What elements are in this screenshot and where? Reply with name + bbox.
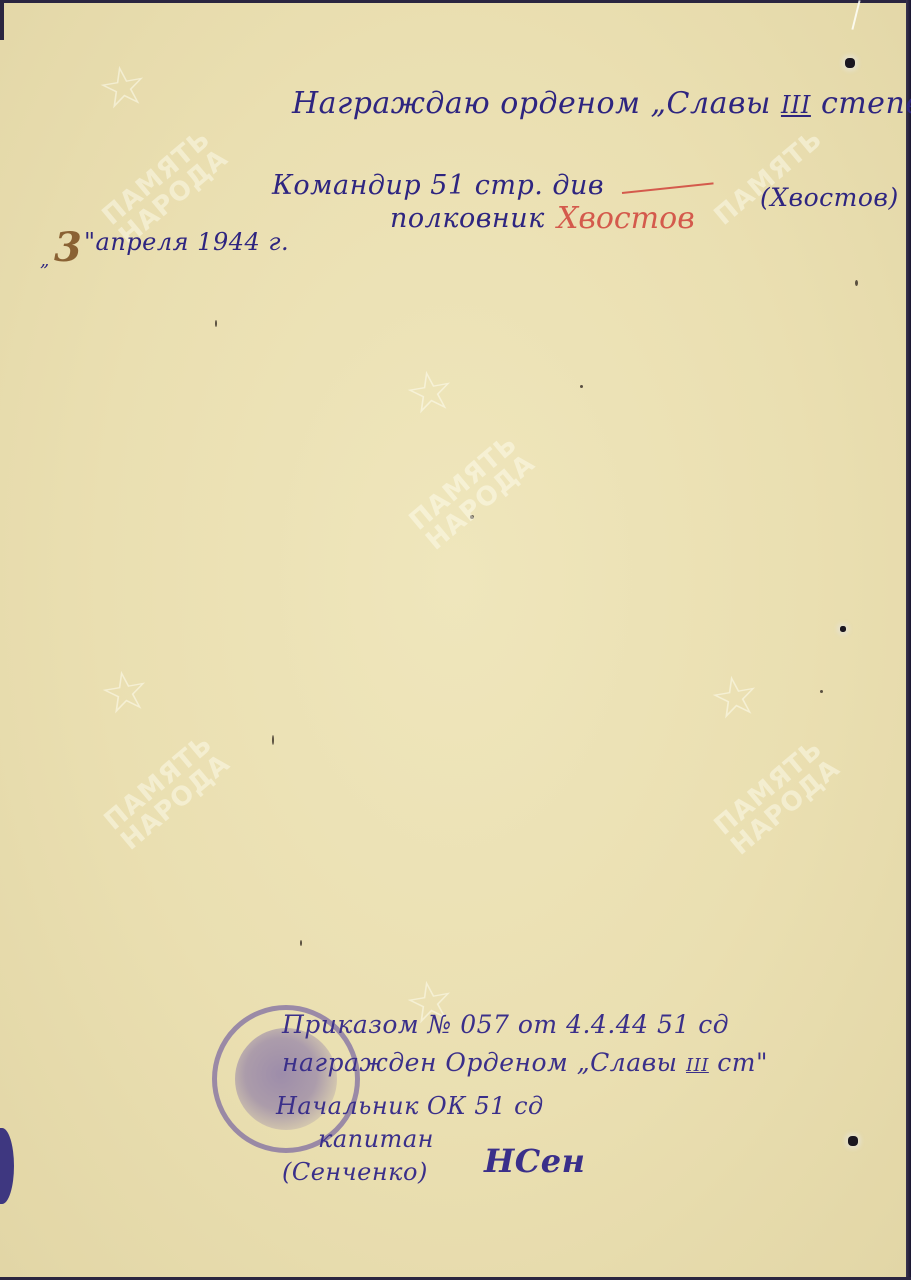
scan-edge-left: [0, 0, 4, 40]
order-note-line1: Приказом № 057 от 4.4.44 51 сд: [282, 1010, 729, 1039]
commander-signature: Хвостов: [557, 201, 695, 236]
date-month-year: "апреля 1944 г.: [84, 228, 289, 256]
watermark: ☆ ПАМЯТЬНАРОДА: [88, 60, 278, 250]
watermark-text: ПАМЯТЬ: [709, 734, 829, 841]
resolution-text: Награждаю орденом „Славы: [292, 86, 771, 121]
commander-rank: полковник: [390, 203, 545, 234]
resolution-text-end: степени": [821, 86, 911, 121]
paper-speck: [470, 515, 474, 519]
commander-name: (Хвостов): [760, 183, 899, 212]
star-icon: ☆: [706, 666, 765, 730]
star-icon: ☆: [94, 56, 153, 120]
punch-hole: [848, 1136, 858, 1146]
award-resolution-line: Награждаю орденом „Славы III степени": [292, 86, 911, 121]
watermark: ☆ ПАМЯТЬНАРОДА: [395, 365, 585, 555]
document-page: ☆ ПАМЯТЬНАРОДА ☆ ПАМЯТЬНАРОДА ☆ ПАМЯТЬНА…: [0, 0, 911, 1280]
punch-hole: [845, 58, 855, 68]
ink-blot: [0, 1128, 14, 1204]
paper-crease: [851, 0, 860, 30]
star-icon: ☆: [401, 361, 460, 425]
order-note-line4: капитан: [318, 1125, 434, 1153]
paper-speck: [855, 280, 858, 286]
paper-speck: [820, 690, 823, 693]
officer-signature: НСен: [484, 1142, 585, 1180]
scan-edge-top: [0, 0, 911, 3]
watermark-text: НАРОДА: [725, 753, 846, 861]
paper-speck: [300, 940, 302, 946]
paper-speck: [272, 735, 274, 745]
watermark: ☆ ПАМЯТЬНАРОДА: [90, 665, 280, 855]
watermark-text: НАРОДА: [420, 448, 541, 556]
signature-stroke: [622, 182, 714, 194]
order-note-line2: награжден Орденом „Славы III ст": [282, 1048, 768, 1077]
degree-roman: III: [781, 91, 811, 119]
paper-speck: [580, 385, 583, 388]
order-note-line5: (Сенченко): [282, 1158, 428, 1186]
watermark-text: НАРОДА: [115, 748, 236, 856]
star-icon: ☆: [96, 661, 155, 725]
watermark-text: ПАМЯТЬ: [97, 124, 217, 231]
order-note-text-end: ст": [717, 1048, 768, 1077]
date-day: 3: [54, 224, 82, 271]
watermark: ☆ ПАМЯТЬНАРОДА: [700, 670, 890, 860]
watermark-text: ПАМЯТЬ: [404, 429, 524, 536]
degree-roman: III: [686, 1055, 709, 1076]
watermark-text: ПАМЯТЬ: [709, 124, 829, 231]
commander-title: Командир 51 стр. див: [272, 170, 604, 201]
paper-speck: [215, 320, 217, 327]
date-open-quote: „: [40, 250, 50, 271]
order-note-text: награжден Орденом „Славы: [282, 1048, 678, 1077]
punch-hole: [840, 626, 846, 632]
order-note-line3: Начальник ОК 51 сд: [276, 1092, 544, 1120]
watermark-text: ПАМЯТЬ: [99, 729, 219, 836]
scan-edge-right: [906, 0, 911, 1280]
